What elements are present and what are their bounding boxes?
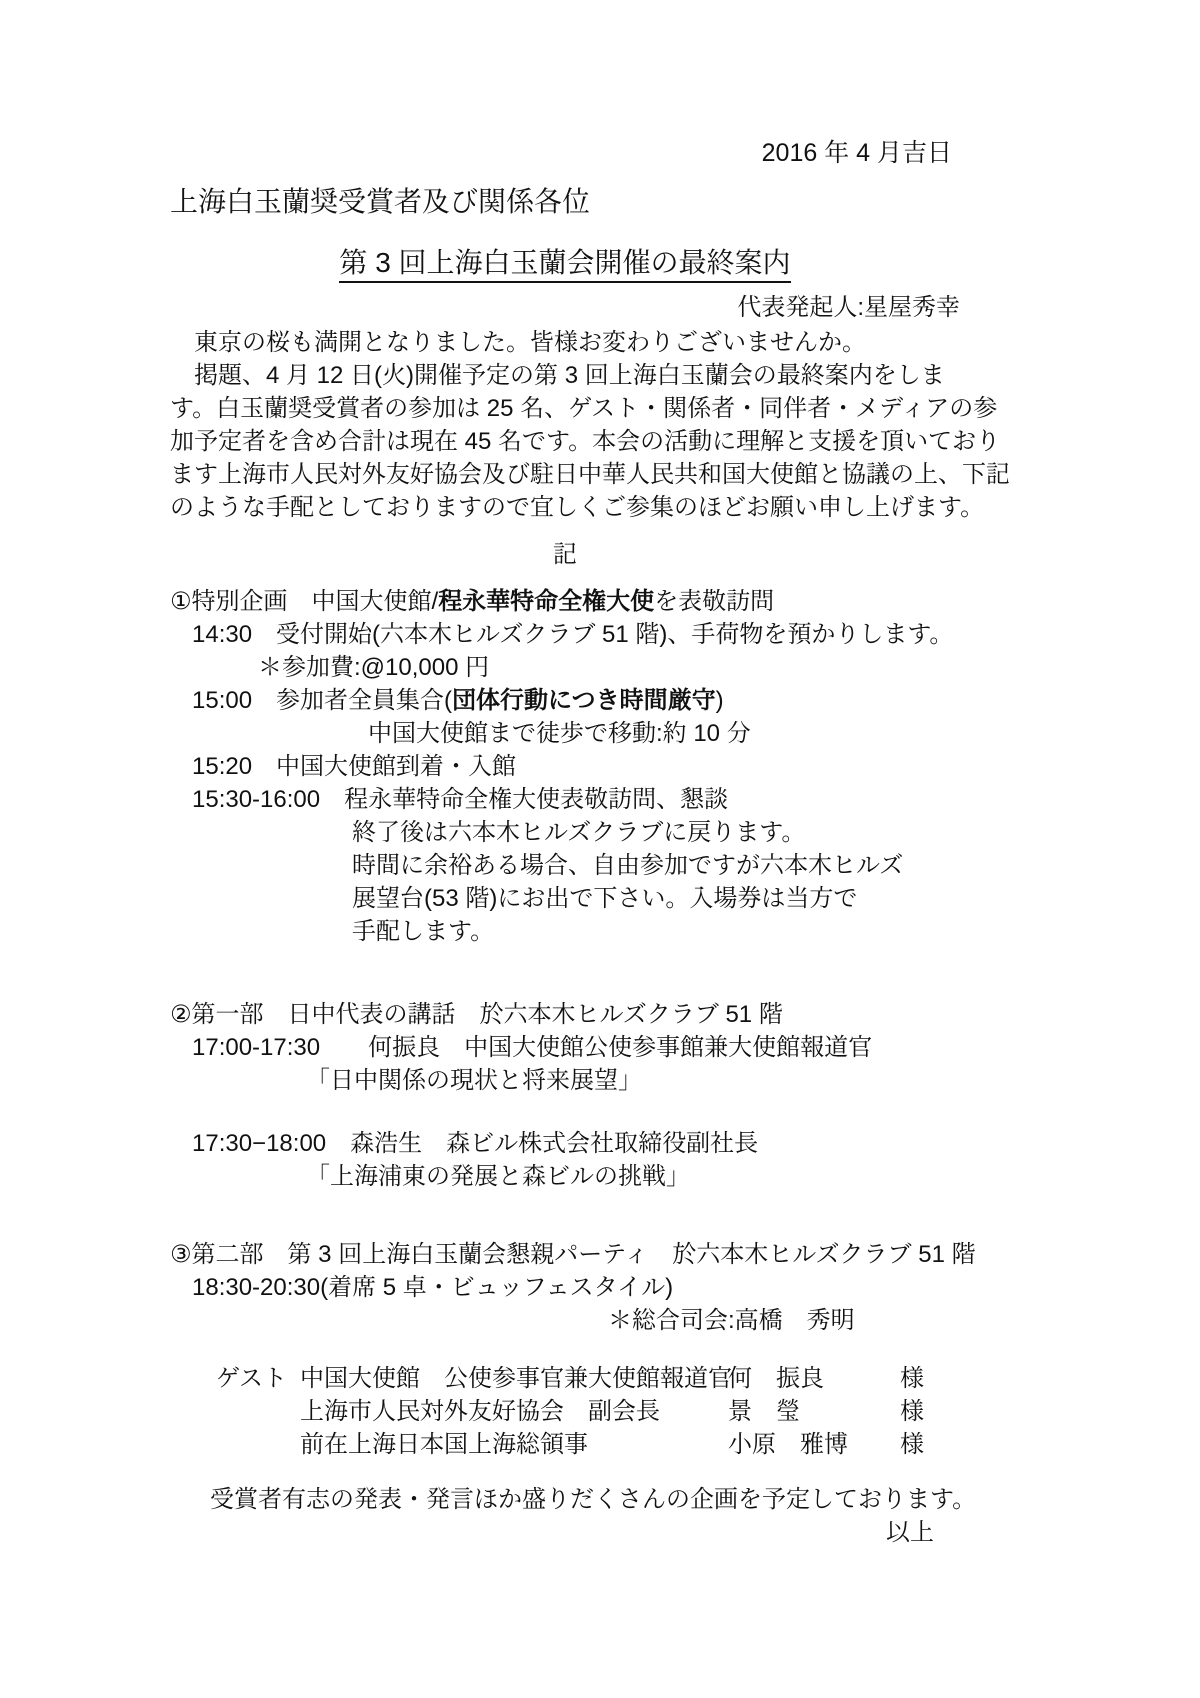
intro-line: ます上海市人民対外友好協会及び駐日中華人民共和国大使館と協議の上、下記 [170,458,960,491]
intro-line: 加予定者を含め合計は現在 45 名です。本会の活動に理解と支援を頂いており [170,425,960,458]
section1-heading-bold: 程永華特命全権大使 [438,588,654,615]
intro-line: す。白玉蘭奨受賞者の参加は 25 名、ゲスト・関係者・同伴者・メディアの参 [170,392,960,425]
guest-honorific: 様 [900,1362,924,1395]
schedule-line-fee: ＊参加費:@10,000 円 [170,651,960,684]
intro-line: 東京の桜も満開となりました。皆様お変わりございませんか。 [170,326,960,359]
document-page: 2016 年 4 月吉日 上海白玉蘭奨受賞者及び関係各位 第 3 回上海白玉蘭会… [0,0,1200,1698]
guest-list: ゲスト 中国大使館 公使参事官兼大使館報道官 何 振良 様 上海市人民対外友好協… [170,1362,960,1461]
schedule-1500-bold: 団体行動につき時間厳守 [452,687,716,714]
guest-row: ゲスト 中国大使館 公使参事官兼大使館報道官 何 振良 様 [170,1362,960,1395]
guest-name: 小原 雅博 [728,1428,900,1461]
guest-org: 中国大使館 公使参事官兼大使館報道官 [300,1362,728,1395]
intro-line: のような手配としておりますので宜しくご参集のほどお願い申し上げます。 [170,491,960,524]
schedule-note-line: 展望台(53 階)にお出で下さい。入場券は当方で [170,882,960,915]
guest-org: 前在上海日本国上海総領事 [300,1428,728,1461]
guest-honorific: 様 [900,1428,924,1461]
schedule-1500-pre: 15:00 参加者全員集合( [192,687,452,714]
section1-heading-pre: ①特別企画 中国大使館/ [170,588,438,615]
title-row: 第 3 回上海白玉蘭会開催の最終案内 [170,244,960,284]
section1-heading-post: を表敬訪問 [654,588,774,615]
schedule-line-1520: 15:20 中国大使館到着・入館 [170,750,960,783]
schedule-note-line: 時間に余裕ある場合、自由参加ですが六本木ヒルズ [170,849,960,882]
guest-org: 上海市人民対外友好協会 副会長 [300,1395,728,1428]
closing-line: 受賞者有志の発表・発言ほか盛りだくさんの企画を予定しております。 [170,1483,960,1516]
intro-line: 掲題、4 月 12 日(火)開催予定の第 3 回上海白玉蘭会の最終案内をしま [170,359,960,392]
section-part2-party: ③第二部 第 3 回上海白玉蘭会懇親パーティ 於六本木ヒルズクラブ 51 階 1… [170,1238,960,1337]
section-special-program: ①特別企画 中国大使館/程永華特命全権大使を表敬訪問 14:30 受付開始(六本… [170,585,960,948]
party-mc-line: ＊総合司会:高橋 秀明 [170,1304,960,1337]
section2-heading: ②第一部 日中代表の講話 於六本木ヒルズクラブ 51 階 [170,998,960,1031]
talk2-title: 「上海浦東の発展と森ビルの挑戦」 [170,1160,960,1193]
page-title: 第 3 回上海白玉蘭会開催の最終案内 [339,247,790,283]
guest-name: 景 瑩 [728,1395,900,1428]
guest-row: 前在上海日本国上海総領事 小原 雅博 様 [170,1428,960,1461]
end-mark: 以上 [170,1516,960,1549]
section-part1-talks: ②第一部 日中代表の講話 於六本木ヒルズクラブ 51 階 17:00-17:30… [170,998,960,1193]
section1-heading: ①特別企画 中国大使館/程永華特命全権大使を表敬訪問 [170,585,960,618]
schedule-note-line: 手配します。 [170,915,960,948]
talk1-line: 17:00-17:30 何振良 中国大使館公使参事館兼大使館報道官 [170,1031,960,1064]
party-time-line: 18:30-20:30(着席 5 卓・ビュッフェスタイル) [170,1271,960,1304]
ki-separator: 記 [170,538,960,571]
schedule-line-walk: 中国大使館まで徒歩で移動:約 10 分 [170,717,960,750]
schedule-line-1530: 15:30-16:00 程永華特命全権大使表敬訪問、懇談 [170,783,960,816]
guest-honorific: 様 [900,1395,924,1428]
guest-name: 何 振良 [728,1362,900,1395]
talk1-title: 「日中関係の現状と将来展望」 [170,1064,960,1097]
section3-heading: ③第二部 第 3 回上海白玉蘭会懇親パーティ 於六本木ヒルズクラブ 51 階 [170,1238,960,1271]
guest-row: 上海市人民対外友好協会 副会長 景 瑩 様 [170,1395,960,1428]
schedule-line-1500: 15:00 参加者全員集合(団体行動につき時間厳守) [170,684,960,717]
guest-list-label-spacer [216,1428,300,1461]
talk2-line: 17:30−18:00 森浩生 森ビル株式会社取締役副社長 [170,1127,960,1160]
schedule-line-1430: 14:30 受付開始(六本木ヒルズクラブ 51 階)、手荷物を預かりします。 [170,618,960,651]
guest-list-label-spacer [216,1395,300,1428]
guest-list-label: ゲスト [216,1362,300,1395]
date-line: 2016 年 4 月吉日 [170,138,960,168]
schedule-note-line: 終了後は六本木ヒルズクラブに戻ります。 [170,816,960,849]
sender-line: 代表発起人:星屋秀幸 [170,292,960,324]
addressee-line: 上海白玉蘭奨受賞者及び関係各位 [170,184,960,220]
intro-paragraph: 東京の桜も満開となりました。皆様お変わりございませんか。 掲題、4 月 12 日… [170,326,960,524]
schedule-1500-post: ) [716,687,724,714]
